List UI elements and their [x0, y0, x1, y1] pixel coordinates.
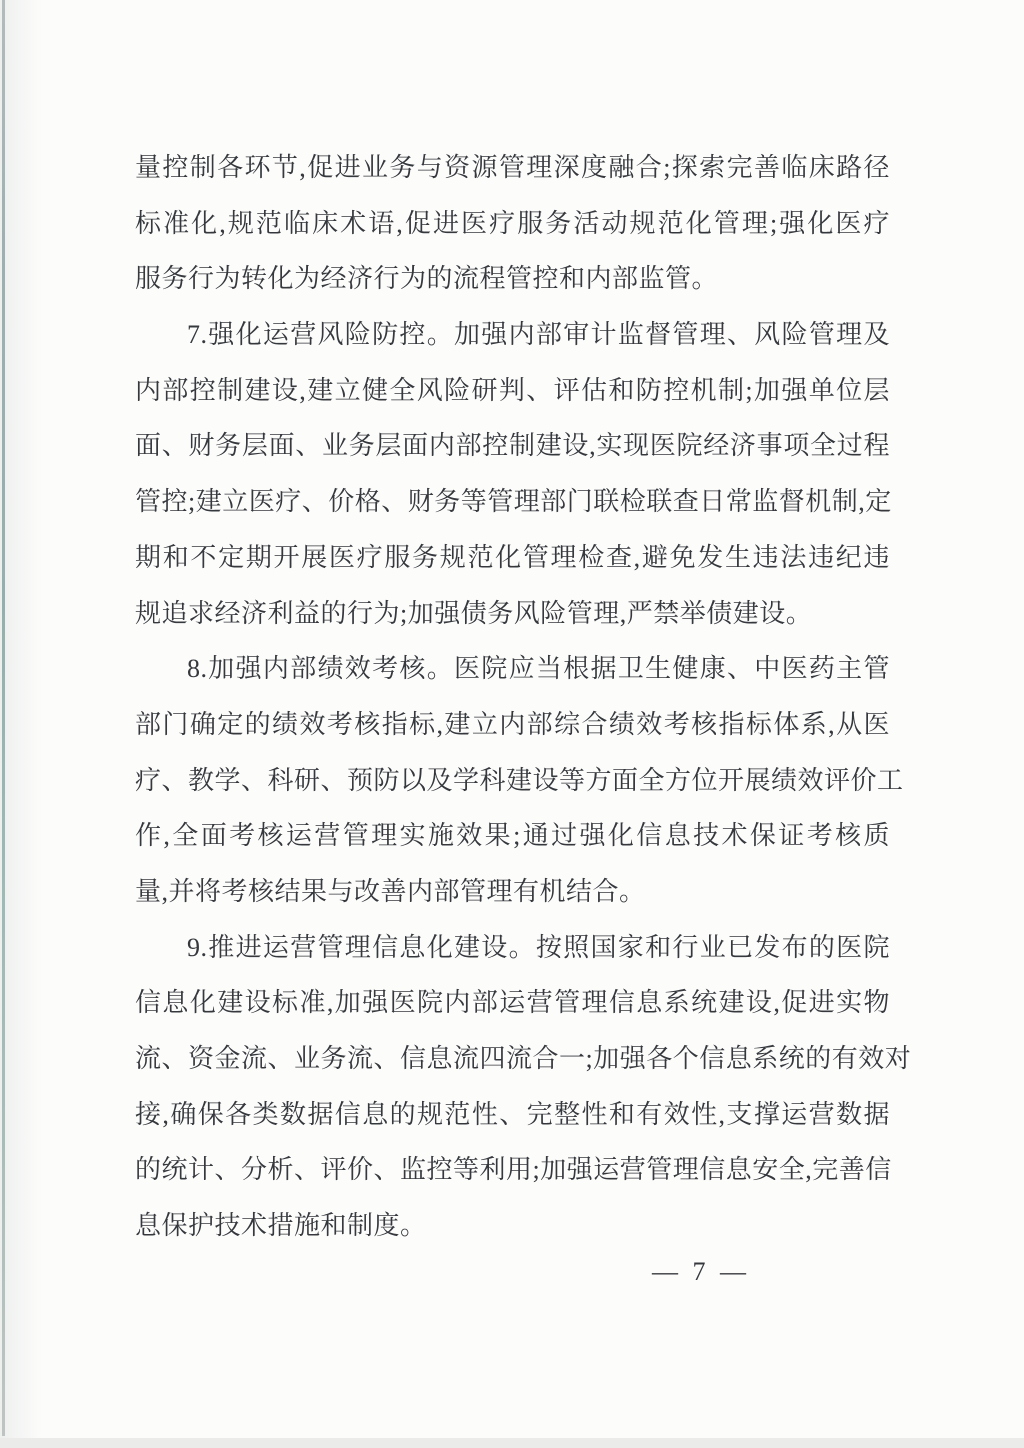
document-body: 量控制各环节,促进业务与资源管理深度融合;探索完善临床路径 标准化,规范临床术语…: [135, 140, 890, 1254]
text-line: 量控制各环节,促进业务与资源管理深度融合;探索完善临床路径: [135, 140, 890, 196]
document-page: 量控制各环节,促进业务与资源管理深度融合;探索完善临床路径 标准化,规范临床术语…: [0, 0, 1024, 1448]
text-line: 服务行为转化为经济行为的流程管控和内部监管。: [135, 251, 890, 307]
text-line: 量,并将考核结果与改善内部管理有机结合。: [135, 864, 890, 920]
text-line: 9.推进运营管理信息化建设。按照国家和行业已发布的医院: [135, 920, 890, 976]
text-line: 标准化,规范临床术语,促进医疗服务活动规范化管理;强化医疗: [135, 196, 890, 252]
text-line: 规追求经济利益的行为;加强债务风险管理,严禁举债建设。: [135, 586, 890, 642]
text-line: 作,全面考核运营管理实施效果;通过强化信息技术保证考核质: [135, 808, 890, 864]
text-line: 的统计、分析、评价、监控等利用;加强运营管理信息安全,完善信: [135, 1142, 890, 1198]
scan-bottom-band: [0, 1438, 1024, 1448]
paragraph-item-7: 7.强化运营风险防控。加强内部审计监督管理、风险管理及 内部控制建设,建立健全风…: [135, 307, 890, 641]
text-line: 期和不定期开展医疗服务规范化管理检查,避免发生违法违纪违: [135, 530, 890, 586]
scan-edge-line: [2, 0, 5, 1436]
text-line: 7.强化运营风险防控。加强内部审计监督管理、风险管理及: [135, 307, 890, 363]
text-line: 8.加强内部绩效考核。医院应当根据卫生健康、中医药主管: [135, 641, 890, 697]
paragraph-item-8: 8.加强内部绩效考核。医院应当根据卫生健康、中医药主管 部门确定的绩效考核指标,…: [135, 641, 890, 919]
text-line: 流、资金流、业务流、信息流四流合一;加强各个信息系统的有效对: [135, 1031, 890, 1087]
paragraph-continued: 量控制各环节,促进业务与资源管理深度融合;探索完善临床路径 标准化,规范临床术语…: [135, 140, 890, 307]
text-line: 内部控制建设,建立健全风险研判、评估和防控机制;加强单位层: [135, 363, 890, 419]
text-line: 管控;建立医疗、价格、财务等管理部门联检联查日常监督机制,定: [135, 474, 890, 530]
text-line: 部门确定的绩效考核指标,建立内部综合绩效考核指标体系,从医: [135, 697, 890, 753]
text-line: 疗、教学、科研、预防以及学科建设等方面全方位开展绩效评价工: [135, 753, 890, 809]
page-number: — 7 —: [135, 1252, 890, 1292]
text-line: 信息化建设标准,加强医院内部运营管理信息系统建设,促进实物: [135, 975, 890, 1031]
text-line: 息保护技术措施和制度。: [135, 1198, 890, 1254]
paragraph-item-9: 9.推进运营管理信息化建设。按照国家和行业已发布的医院 信息化建设标准,加强医院…: [135, 920, 890, 1254]
text-line: 面、财务层面、业务层面内部控制建设,实现医院经济事项全过程: [135, 418, 890, 474]
text-line: 接,确保各类数据信息的规范性、完整性和有效性,支撑运营数据: [135, 1087, 890, 1143]
